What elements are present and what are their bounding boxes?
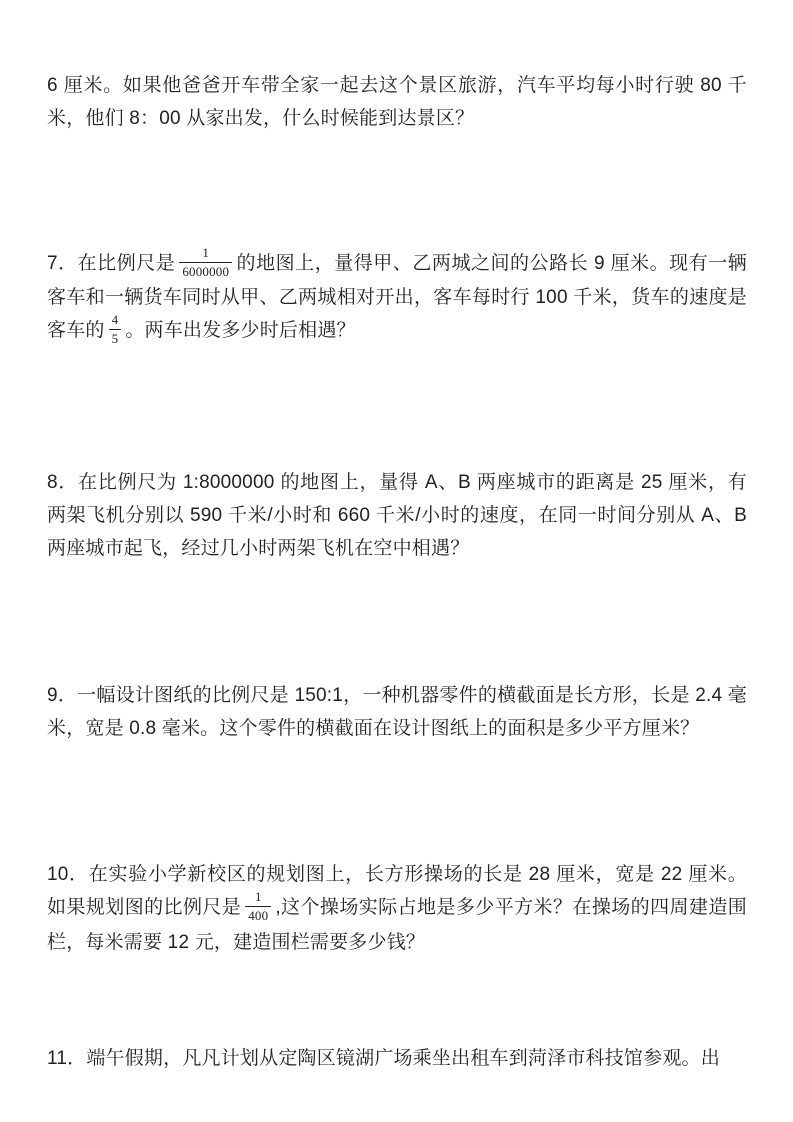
fraction-numerator: 1: [245, 889, 271, 907]
fraction-denominator: 5: [109, 330, 122, 347]
problem-8-text: 8．在比例尺为 1:8000000 的地图上，量得 A、B 两座城市的距离是 2…: [47, 466, 747, 565]
problem-6-continuation-text: 6 厘米。如果他爸爸开车带全家一起去这个景区旅游，汽车平均每小时行驶 80 千米…: [47, 69, 747, 135]
worksheet-page: 6 厘米。如果他爸爸开车带全家一起去这个景区旅游，汽车平均每小时行驶 80 千米…: [0, 0, 793, 1122]
problem-11-text: 11．端午假期，凡凡计划从定陶区镜湖广场乘坐出租车到菏泽市科技馆参观。出: [47, 1042, 747, 1075]
fraction: 16000000: [179, 245, 232, 279]
problem-7-text: 7．在比例尺是16000000的地图上，量得甲、乙两城之间的公路长 9 厘米。现…: [47, 247, 747, 348]
fraction: 45: [109, 312, 122, 346]
fraction-denominator: 400: [245, 907, 271, 924]
problem-10-text: 10．在实验小学新校区的规划图上，长方形操场的长是 28 厘米，宽是 22 厘米…: [47, 858, 747, 958]
fraction-numerator: 1: [179, 245, 232, 263]
fraction-denominator: 6000000: [179, 263, 232, 280]
problem-9-text: 9．一幅设计图纸的比例尺是 150:1，一种机器零件的横截面是长方形，长是 2.…: [47, 679, 747, 745]
fraction-numerator: 4: [109, 312, 122, 330]
fraction: 1400: [245, 889, 271, 923]
